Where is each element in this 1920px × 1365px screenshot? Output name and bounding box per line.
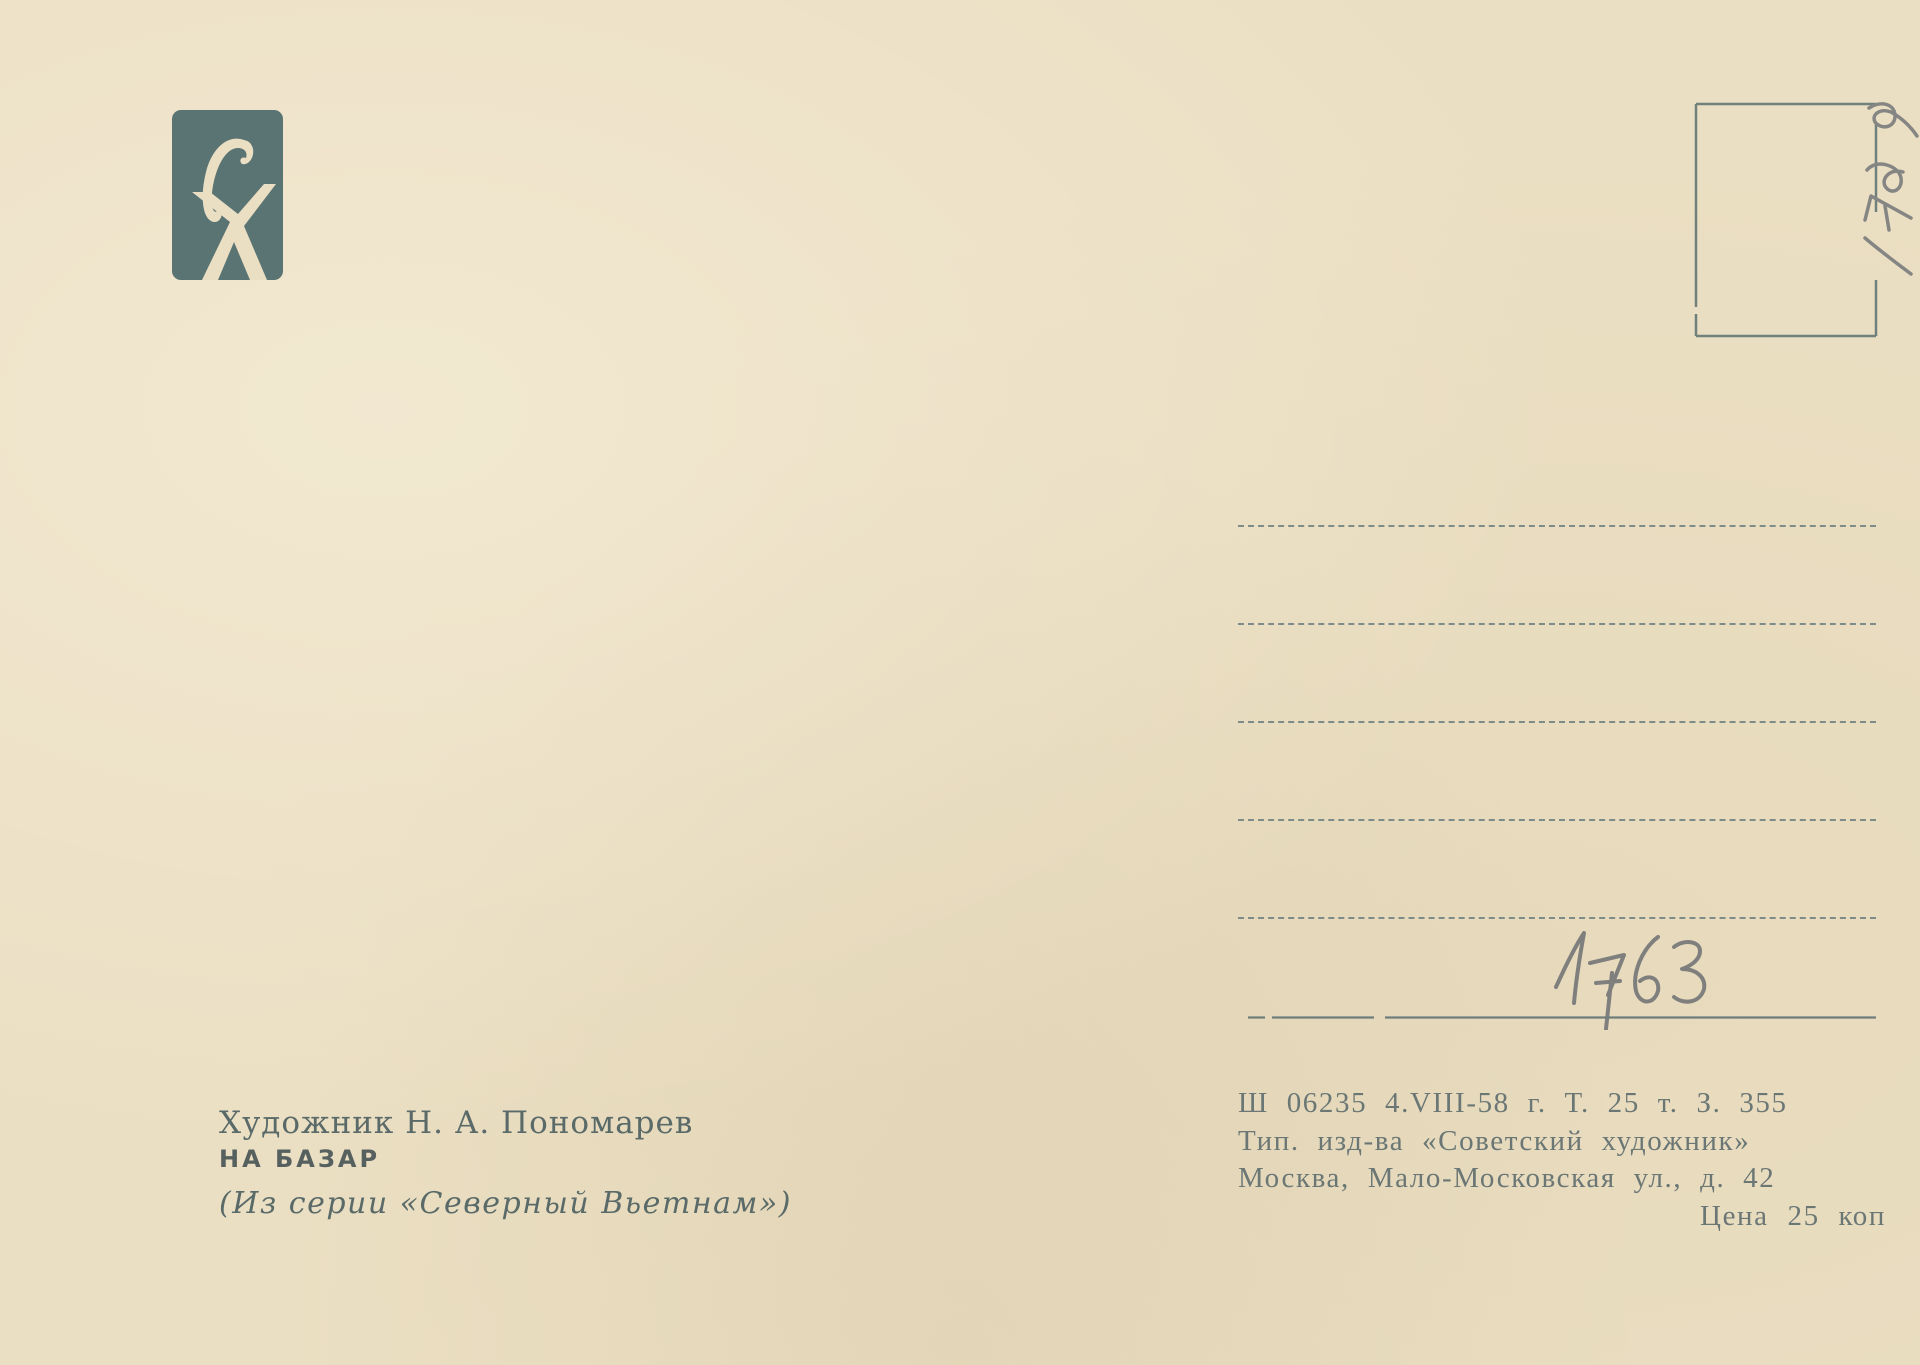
series-name: (Из серии «Северный Вьетнам») [219,1179,919,1229]
pencil-note-vertical [1855,90,1920,280]
address-line-4 [1238,819,1876,821]
publisher-logo [172,110,283,280]
printer-line: Тип. изд-ва «Советский художник» [1238,1123,1898,1161]
artwork-caption: Художник Н. А. Пономарев НА БАЗАР (Из се… [219,1103,919,1229]
address-line: Москва, Мало-Московская ул., д. 42 [1238,1160,1898,1198]
handwritten-1763 [1550,925,1730,1030]
address-line-1 [1238,525,1876,527]
price-line: Цена 25 коп [1238,1198,1898,1236]
address-line-2 [1238,623,1876,625]
artist-credit: Художник Н. А. Пономарев [219,1103,919,1143]
stamp-box-outline [1694,102,1878,338]
sovetsky-khudozhnik-monogram-icon [172,110,283,280]
stamp-placement-box [1694,102,1878,338]
address-line-final [1248,1016,1876,1019]
pencil-note-number [1550,925,1730,1030]
publisher-imprint: Ш 06235 4.VIII-58 г. Т. 25 т. З. 355 Тип… [1238,1085,1898,1235]
artwork-title: НА БАЗАР [219,1143,919,1175]
address-line-3 [1238,721,1876,723]
print-order-line: Ш 06235 4.VIII-58 г. Т. 25 т. З. 355 [1238,1085,1898,1123]
handwritten-1769 [1855,90,1920,280]
address-line-5 [1238,917,1876,919]
